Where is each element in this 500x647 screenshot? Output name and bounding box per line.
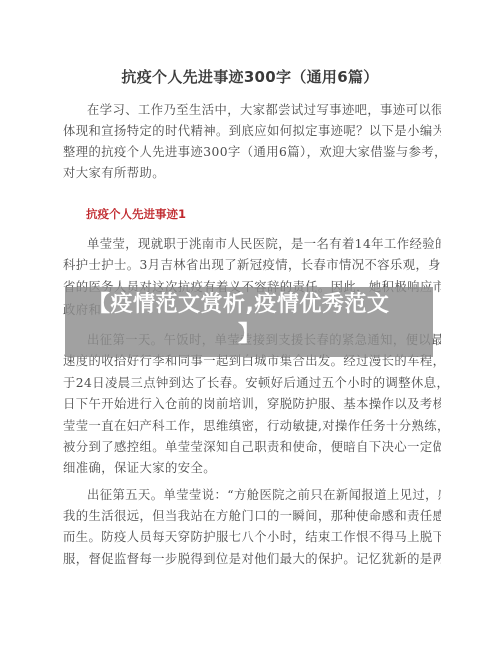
paragraph-line: 单莹莹，现就职于洮南市人民医院，是一名有着14年工作经验的妇产 bbox=[63, 236, 441, 252]
paragraph-line: 于24日凌晨三点钟到达了长春。安顿好后通过五个小时的调整休息，在24 bbox=[63, 375, 441, 391]
paragraph-line: 日下午开始进行入仓前的岗前培训，穿脱防护服、基本操作以及考核。单 bbox=[63, 396, 441, 412]
paragraph-line: 被分到了感控组。单莹莹深知自己职责和使命，便暗自下决心一定做得精 bbox=[63, 439, 441, 455]
overlay-title-line1: 【疫情范文赏析,疫情优秀范文 bbox=[88, 292, 389, 317]
overlay-title[interactable]: 【疫情范文赏析,疫情优秀范文 】 bbox=[88, 290, 428, 350]
paragraph-line: 而生。防疫人员每天穿防护服七八个小时，结束工作恨不得马上脱下防护 bbox=[63, 529, 441, 545]
paragraph-line: 服，督促监督每一步脱得到位是对他们最大的保护。记忆犹新的是两位年 bbox=[63, 551, 441, 567]
intro-line: 整理的抗疫个人先进事迹300字（通用6篇），欢迎大家借鉴与参考，希望 bbox=[63, 144, 441, 160]
paragraph-line: 莹莹一直在妇产科工作，思维缜密，行动敏捷,对操作任务十分熟练，所以 bbox=[63, 418, 441, 434]
document-title: 抗疫个人先进事迹300字（通用6篇） bbox=[0, 66, 500, 87]
intro-line: 对大家有所帮助。 bbox=[63, 165, 441, 181]
paragraph-line: 科护士护士。3月吉林省出现了新冠疫情，长春市情况不容乐观，身为吉林 bbox=[63, 257, 441, 273]
paragraph-line: 细准确，保证大家的安全。 bbox=[63, 460, 441, 476]
overlay-title-line2: 】 bbox=[88, 320, 428, 350]
paragraph-line: 我的生活很远，但当我站在方舱门口的一瞬间，那种使命感和责任感油然 bbox=[63, 508, 441, 524]
intro-line: 在学习、工作乃至生活中，大家都尝试过写事迹吧，事迹可以很好地 bbox=[63, 102, 441, 118]
paragraph-line: 出征第五天。单莹莹说：“方舱医院之前只在新闻报道上见过，感觉离 bbox=[63, 487, 441, 503]
section-heading: 抗疫个人先进事迹1 bbox=[86, 206, 186, 222]
intro-line: 体现和宣扬特定的时代精神。到底应如何拟定事迹呢？以下是小编为大家 bbox=[63, 123, 441, 139]
